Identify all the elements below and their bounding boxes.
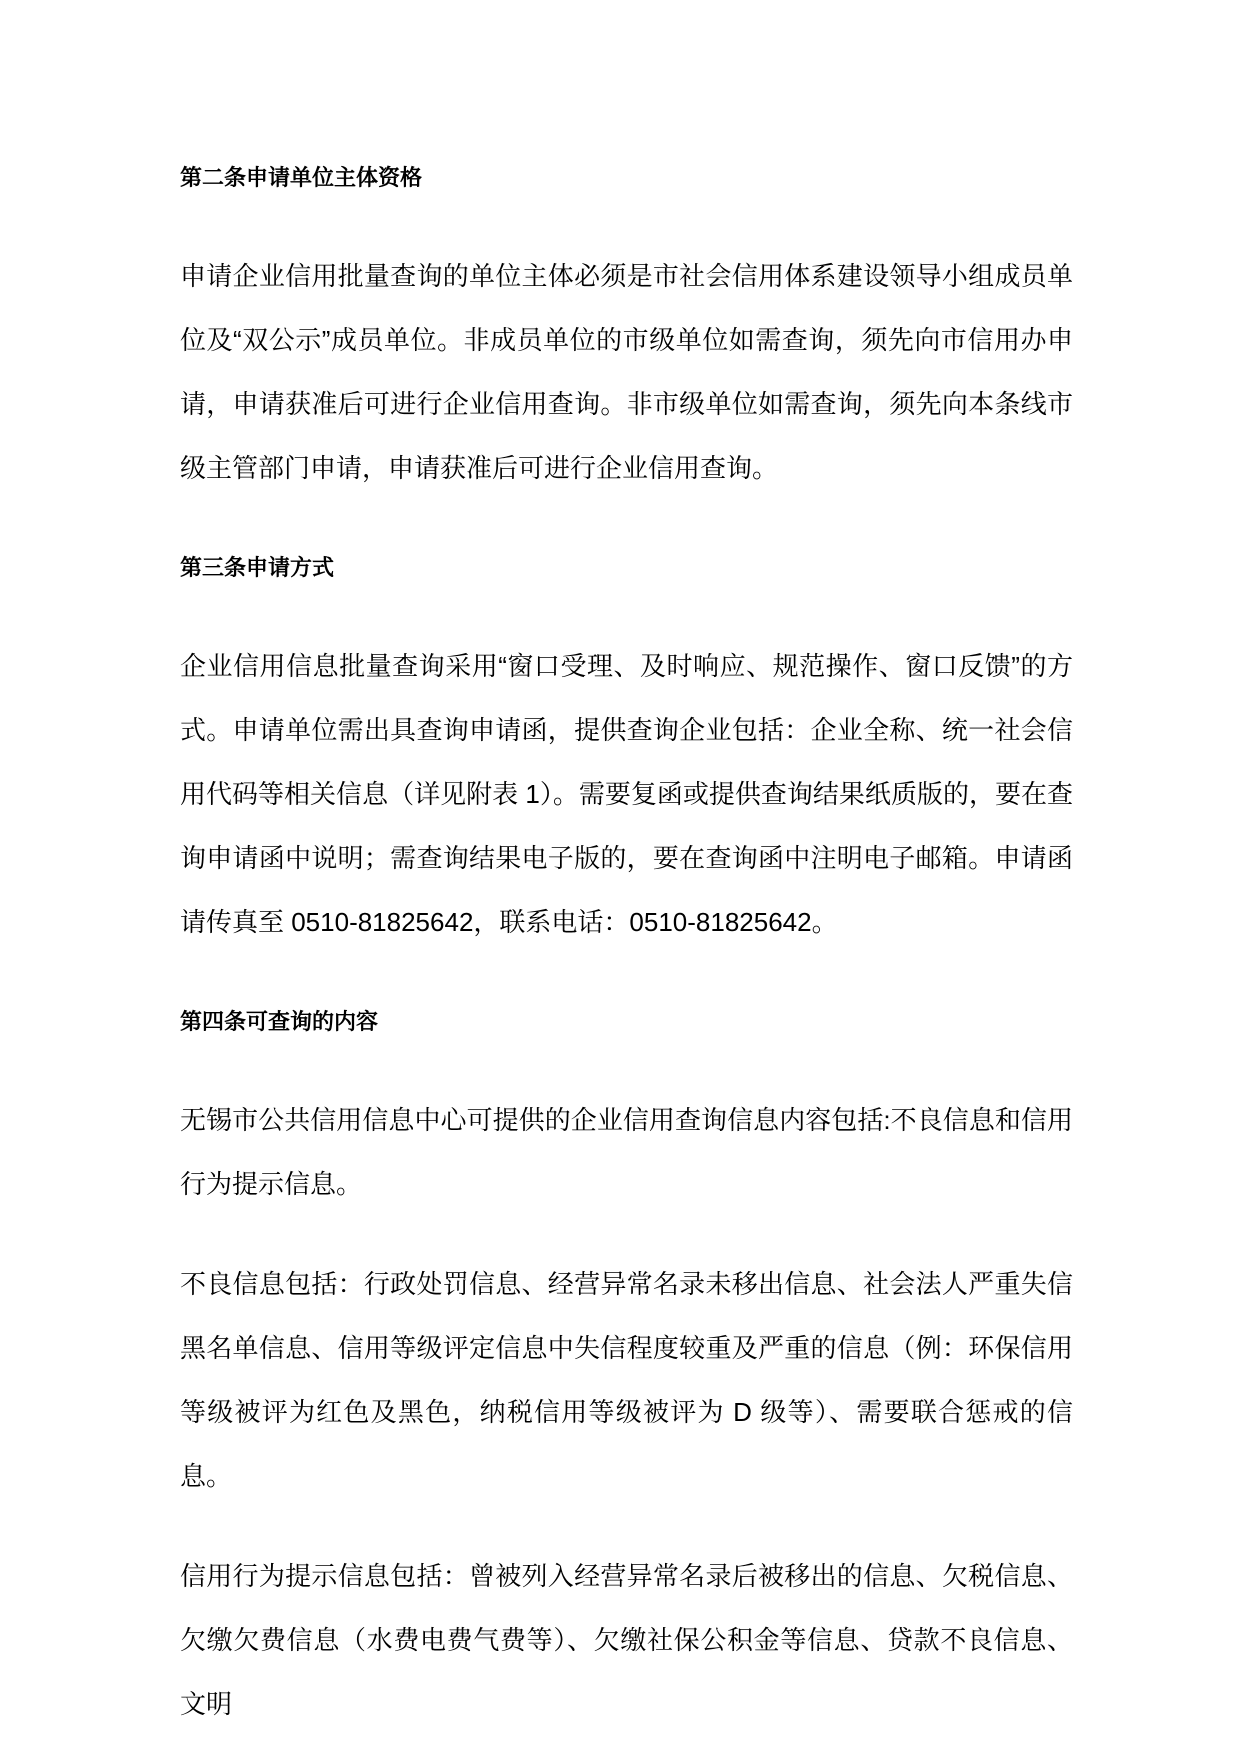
body-paragraph: 信用行为提示信息包括：曾被列入经营异常名录后被移出的信息、欠税信息、欠缴欠费信息… xyxy=(180,1544,1073,1736)
section-heading: 第二条申请单位主体资格 xyxy=(180,162,1073,194)
body-paragraph: 申请企业信用批量查询的单位主体必须是市社会信用体系建设领导小组成员单位及“双公示… xyxy=(180,244,1073,500)
body-paragraph: 企业信用信息批量查询采用“窗口受理、及时响应、规范操作、窗口反馈”的方式。申请单… xyxy=(180,634,1073,954)
section-heading: 第四条可查询的内容 xyxy=(180,1006,1073,1038)
document-page: 第二条申请单位主体资格 申请企业信用批量查询的单位主体必须是市社会信用体系建设领… xyxy=(0,0,1241,1754)
section-heading: 第三条申请方式 xyxy=(180,552,1073,584)
section-article-3: 第三条申请方式 企业信用信息批量查询采用“窗口受理、及时响应、规范操作、窗口反馈… xyxy=(180,552,1073,954)
body-paragraph: 无锡市公共信用信息中心可提供的企业信用查询信息内容包括:不良信息和信用行为提示信… xyxy=(180,1088,1073,1216)
section-article-2: 第二条申请单位主体资格 申请企业信用批量查询的单位主体必须是市社会信用体系建设领… xyxy=(180,162,1073,500)
section-article-4: 第四条可查询的内容 无锡市公共信用信息中心可提供的企业信用查询信息内容包括:不良… xyxy=(180,1006,1073,1736)
body-paragraph: 不良信息包括：行政处罚信息、经营异常名录未移出信息、社会法人严重失信黑名单信息、… xyxy=(180,1252,1073,1508)
